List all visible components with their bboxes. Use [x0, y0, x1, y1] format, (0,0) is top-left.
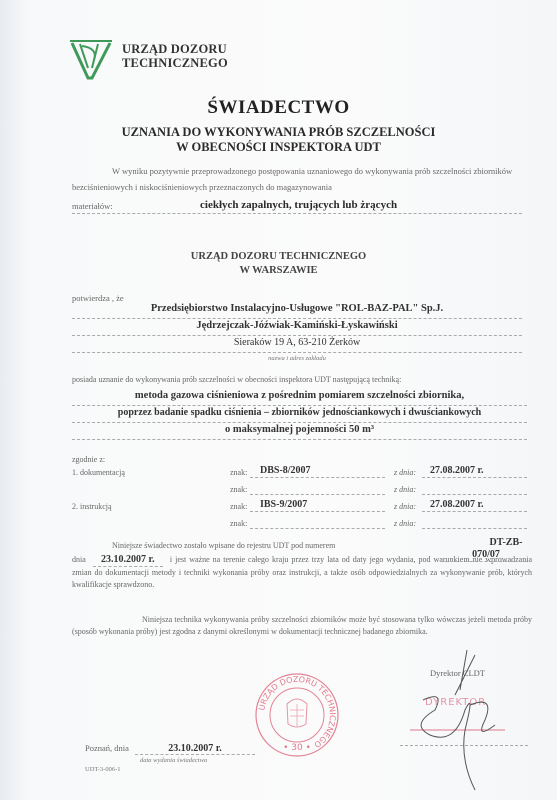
company-name-1: Przedsiębiorstwo Instalacyjno-Usługowe "…	[72, 303, 522, 319]
svg-text:• 30 •: • 30 •	[283, 743, 311, 753]
company-caption: nazwa i adres zakładu	[72, 355, 522, 362]
materials-line: materiałów: ciekłych zapalnych, trującyc…	[72, 199, 522, 214]
sign-label: znak:	[230, 468, 247, 477]
sign-value	[250, 516, 385, 529]
date-label: z dnia:	[394, 468, 416, 477]
usage-note: Niniejsza technika wykonywania próby szc…	[72, 614, 532, 638]
row-label: 1. dokumentacją	[72, 468, 125, 477]
issue-date: 23.10.2007 r.	[135, 743, 255, 755]
compliance-row: 2. instrukcją znak: IBS-9/2007 z dnia: 2…	[72, 499, 532, 515]
technique-line-3: o maksymalnej pojemności 50 m³	[72, 424, 527, 440]
sign-label: znak:	[230, 502, 247, 511]
organization-name: URZĄD DOZORU TECHNICZNEGO	[122, 42, 228, 70]
org-line-2: TECHNICZNEGO	[122, 56, 228, 70]
issue-date-caption: data wydania świadectwa	[140, 757, 207, 764]
compliance-row: 1. dokumentacją znak: DBS-8/2007 z dnia:…	[72, 465, 532, 481]
technique-line-2: poprzez badanie spadku ciśnienia – zbior…	[72, 407, 527, 423]
registration-date: 23.10.2007 r.	[93, 554, 163, 567]
signature-icon: DYREKTOR	[405, 650, 515, 800]
form-code: UDT-3-006-1	[85, 766, 121, 773]
document-subtitle-1: UZNANIA DO WYKONYWANIA PRÓB SZCZELNOŚCI	[0, 125, 557, 140]
issuer: URZĄD DOZORU TECHNICZNEGO W WARSZAWIE	[0, 250, 557, 278]
date-value: 27.08.2007 r.	[422, 499, 527, 512]
company-address: Sieraków 19 A, 63-210 Żerków	[72, 337, 522, 353]
date-value	[422, 482, 527, 495]
technique-line-1: metoda gazowa ciśnieniowa z pośrednim po…	[72, 390, 527, 406]
issue-place-label: Poznań, dnia	[85, 743, 129, 753]
date-value: 27.08.2007 r.	[422, 465, 527, 478]
compliance-label: zgodnie z:	[72, 455, 105, 464]
registration-section: Niniejsze świadectwo zostało wpisane do …	[72, 540, 532, 591]
registration-text: Niniejsze świadectwo zostało wpisane do …	[112, 541, 335, 550]
confirms-label: potwierdza , że	[72, 293, 124, 303]
sign-label: znak:	[230, 519, 247, 528]
document-subtitle-2: W OBECNOŚCI INSPEKTORA UDT	[0, 140, 557, 155]
sign-label: znak:	[230, 485, 247, 494]
org-line-1: URZĄD DOZORU	[122, 42, 228, 56]
company-name-2: Jędrzejczak-Jóźwiak-Kamiński-Łyskawiński	[72, 320, 522, 336]
issuer-line-1: URZĄD DOZORU TECHNICZNEGO	[0, 250, 557, 264]
materials-value: ciekłych zapalnych, trujących lub żrącyc…	[200, 199, 397, 211]
row-label: 2. instrukcją	[72, 502, 112, 511]
date-label: z dnia:	[394, 485, 416, 494]
compliance-row: znak: z dnia:	[72, 516, 532, 532]
materials-label: materiałów:	[72, 201, 113, 211]
intro-text: W wyniku pozytywnie przeprowadzonego pos…	[72, 163, 532, 195]
signature-line	[400, 745, 528, 746]
registration-date-label: dnia	[72, 555, 86, 564]
sign-value: IBS-9/2007	[250, 499, 385, 512]
registration-number: DT-ZB-070/07	[440, 537, 532, 562]
date-label: z dnia:	[394, 502, 416, 511]
sign-value	[250, 482, 385, 495]
date-label: z dnia:	[394, 519, 416, 528]
issuer-line-2: W WARSZAWIE	[0, 264, 557, 278]
issue-place-date: Poznań, dnia 23.10.2007 r.	[85, 743, 255, 755]
document-title: ŚWIADECTWO	[0, 97, 557, 119]
udt-logo-icon	[68, 38, 114, 80]
sign-value: DBS-8/2007	[250, 465, 385, 478]
technique-label: posiada uznanie do wykonywania prób szcz…	[72, 375, 527, 384]
date-value	[422, 516, 527, 529]
official-seal-icon: URZĄD DOZORU TECHNICZNEGO • 30 •	[254, 672, 340, 758]
compliance-row: znak: z dnia:	[72, 482, 532, 498]
certificate-page: URZĄD DOZORU TECHNICZNEGO ŚWIADECTWO UZN…	[0, 0, 557, 800]
